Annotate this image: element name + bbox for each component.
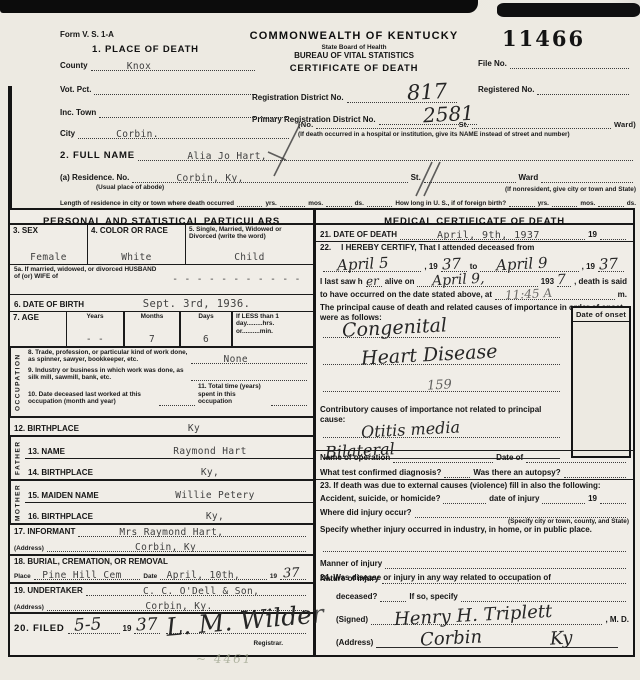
- residence-length-label: Length of residence in city or town wher…: [60, 200, 234, 207]
- dotted-line: [326, 196, 351, 207]
- city-label: City: [60, 129, 75, 139]
- dotted-line: [444, 467, 470, 478]
- full-name-label: 2. FULL NAME: [60, 150, 135, 161]
- contributory-block: Contributory causes of importance not re…: [316, 404, 633, 450]
- signed-label: (Signed): [336, 615, 368, 625]
- last-saw-line: I last saw h er alive on April 9, 193 7 …: [320, 276, 627, 287]
- ruled-line: Corbin Ky: [376, 637, 618, 648]
- attended-from-value: April 5: [336, 254, 388, 275]
- dotted-line: Otitis media: [323, 427, 560, 438]
- form-number: Form V. S. 1-A: [60, 30, 114, 40]
- filed-row: 20. FILED 5-5 19 37 L. M. Wilder: [14, 623, 309, 634]
- filed-label: 20. FILED: [14, 623, 65, 634]
- dotted-line: L. M. Wilder: [166, 623, 306, 634]
- dotted-line: 37: [280, 569, 306, 580]
- dotted-line: [415, 507, 626, 518]
- deceased-label: deceased?: [336, 592, 377, 602]
- mother-side-label: MOTHER: [10, 481, 25, 523]
- scan-artifact-top-band: [0, 0, 478, 13]
- burial-date-value: April, 10th,: [167, 570, 240, 581]
- ds2-label: ds.: [627, 200, 636, 207]
- marital-label: 5. Single, Married, Widowed or Divorced …: [189, 226, 310, 241]
- spouse-row: 5a. If married, widowed, or divorced HUS…: [10, 265, 313, 295]
- dotted-line: 37: [441, 261, 467, 272]
- dotted-line: [280, 196, 305, 207]
- undertaker-row: 19. UNDERTAKER C. C. O'Dell & Son,: [14, 585, 309, 596]
- dotted-line: [367, 196, 392, 207]
- father-name-value: Raymond Hart: [173, 446, 246, 457]
- father-birthplace-label: 14. BIRTHPLACE: [28, 468, 110, 478]
- age-years-cell: Years - -: [66, 312, 124, 346]
- dotted-line: 817: [347, 92, 457, 103]
- dotted-line: April 9: [480, 261, 578, 272]
- ward-label: Ward): [614, 120, 636, 129]
- residence-row: (a) Residence. No. Corbin, Ky, St. Ward: [60, 172, 636, 183]
- birthplace-row: 12. BIRTHPLACE Ky: [10, 418, 313, 437]
- filed-year-value: 37: [135, 614, 158, 635]
- dob-label: 6. DATE OF BIRTH: [14, 300, 84, 310]
- attended-from-year: 37: [441, 255, 461, 274]
- county-row: County Knox: [60, 60, 258, 71]
- external-causes-block: 23. If death was due to external causes …: [316, 480, 633, 572]
- certify-number: 22.: [320, 243, 331, 253]
- physician-address-row: (Address) Corbin Ky: [320, 637, 629, 648]
- file-no-row: File No.: [478, 58, 632, 69]
- cause-line-3: 159: [427, 377, 453, 393]
- burial-year-value: 37: [282, 566, 299, 582]
- dotted-line: None: [191, 353, 307, 364]
- dotted-line: er: [366, 276, 382, 287]
- informant-address-row: (Address) Corbin, Ky: [14, 541, 309, 552]
- full-name-value: Alia Jo Hart,: [187, 151, 267, 162]
- dotted-line: April 9,: [417, 276, 537, 287]
- manner-row: Manner of injury: [320, 558, 629, 569]
- age-days-cell: Days 6: [180, 312, 232, 346]
- dotted-line: [380, 591, 406, 602]
- cause-line-2: Heart Disease: [360, 340, 497, 369]
- pencil-slash-mark: [410, 158, 444, 198]
- spouse-label: 5a. If married, widowed, or divorced HUS…: [14, 266, 164, 281]
- st-label: St.: [459, 120, 469, 129]
- dotted-line: 7: [557, 276, 571, 287]
- date-of-death-row: 21. DATE OF DEATH April, 9th, 1937 19: [316, 225, 633, 242]
- dotted-line: 5-5: [68, 623, 120, 634]
- dotted-line: Knox: [91, 60, 255, 71]
- father-birthplace-value: Ky,: [201, 467, 219, 478]
- foreign-birth-label: How long in U. S., if of foreign birth?: [395, 200, 506, 207]
- physician-address-label: (Address): [336, 638, 373, 648]
- dotted-line: [510, 58, 629, 69]
- burial-place-row: Place Pine Hill Cem Date April, 10th, 19…: [14, 569, 309, 580]
- age-months-label: Months: [128, 313, 176, 320]
- mother-birthplace-value: Ky,: [206, 511, 224, 522]
- last-saw-prefix: I last saw h: [320, 277, 363, 287]
- scanned-death-certificate: Form V. S. 1-A 1. PLACE OF DEATH County …: [0, 0, 640, 680]
- date-of-death-value: April, 9th, 1937: [437, 230, 540, 241]
- birthplace-label: 12. BIRTHPLACE: [14, 424, 79, 434]
- residence-length-row: Length of residence in city or town wher…: [60, 196, 636, 207]
- sex-label: 3. SEX: [13, 226, 84, 236]
- personal-particulars-panel: PERSONAL AND STATISTICAL PARTICULARS 3. …: [8, 208, 315, 657]
- ds-label: ds.: [355, 200, 364, 207]
- cause-line-3-row: 159: [320, 381, 563, 392]
- dotted-line: Pine Hill Cem: [34, 569, 141, 580]
- burial-place-label: Place: [14, 573, 31, 580]
- where-label: Where did injury occur?: [320, 508, 412, 518]
- dotted-line: [237, 196, 262, 207]
- age-years-value: - -: [70, 334, 120, 345]
- contributory-line-1: Otitis media: [360, 417, 460, 441]
- certificate-title: CERTIFICATE OF DEATH: [238, 63, 470, 74]
- age-months-value: 7: [128, 334, 176, 345]
- age-cell: 7. AGE: [10, 312, 66, 346]
- age-days-value: 6: [184, 334, 228, 345]
- medical-certificate-panel: MEDICAL CERTIFICATE OF DEATH 21. DATE OF…: [315, 208, 635, 657]
- cause-line-2-row: Heart Disease: [320, 354, 563, 365]
- father-side-label: FATHER: [10, 437, 25, 479]
- scan-artifact-top-band-right: [497, 3, 640, 17]
- nonresident-note: (If nonresident, give city or town and S…: [420, 186, 636, 193]
- dotted-line: Henry H. Triplett: [371, 614, 602, 625]
- occurred-text: to have occurred on the date stated abov…: [320, 290, 492, 300]
- state-board-subtitle: State Board of Health: [238, 44, 470, 51]
- last-saw-suffix: , death is said: [574, 277, 627, 287]
- trade-label: 8. Trade, profession, or particular kind…: [28, 349, 188, 364]
- pencil-note: ~ 4461: [196, 652, 252, 666]
- industry-label: 9. Industry or business in which work wa…: [28, 367, 188, 382]
- dotted-line: [159, 395, 195, 406]
- residence-value: Corbin, Ky,: [176, 173, 243, 184]
- occurred-line: to have occurred on the date stated abov…: [320, 289, 627, 300]
- last-saw-mid: alive on: [385, 277, 415, 287]
- informant-block: 17. INFORMANT Mrs Raymond Hart, (Address…: [10, 525, 313, 556]
- city-value: Corbin.: [116, 129, 159, 140]
- total-time-label: 11. Total time (years) spent in this occ…: [198, 383, 268, 405]
- age-row: 7. AGE Years - - Months 7 Days 6 If LESS…: [10, 312, 313, 348]
- certify-block: 22. I HEREBY CERTIFY, That I attended de…: [316, 242, 633, 312]
- dotted-line: [393, 452, 493, 463]
- city-row: City Corbin.: [60, 128, 292, 139]
- county-label: County: [60, 61, 88, 71]
- occupation-block: OCCUPATION 8. Trade, profession, or part…: [10, 348, 313, 418]
- personal-title-row: PERSONAL AND STATISTICAL PARTICULARS: [10, 210, 313, 225]
- birthplace-value: Ky: [188, 423, 200, 434]
- burial-block: 18. BURIAL, CREMATION, OR REMOVAL Place …: [10, 556, 313, 584]
- burial-year-printed: 19: [270, 573, 277, 580]
- injury-date-label: date of injury: [489, 494, 539, 504]
- attended-to-value: April 9: [496, 254, 548, 275]
- registered-no-label: Registered No.: [478, 85, 534, 95]
- dotted-line: [542, 493, 585, 504]
- cause-line-1-row: Congenital: [320, 327, 563, 338]
- dotted-line: [316, 118, 455, 129]
- dotted-line: [552, 196, 577, 207]
- registrar-label: Registrar.: [14, 640, 309, 647]
- last-worked-label: 10. Date deceased last worked at this oc…: [28, 391, 156, 406]
- where-row: Where did injury occur?: [320, 507, 629, 518]
- physician-address-city: Corbin: [419, 626, 482, 650]
- dob-row: 6. DATE OF BIRTH Sept. 3rd, 1936.: [10, 295, 313, 312]
- manner-label: Manner of injury: [320, 559, 382, 569]
- county-value: Knox: [127, 61, 151, 72]
- agency-header: COMMONWEALTH OF KENTUCKY State Board of …: [238, 30, 470, 74]
- mos2-label: mos.: [580, 200, 595, 207]
- registration-district-value: 817: [407, 79, 448, 105]
- dotted-line: [472, 118, 611, 129]
- dotted-line: Corbin.: [78, 128, 289, 139]
- filed-year-printed: 19: [123, 624, 132, 634]
- registration-district-label: Registration District No.: [252, 93, 344, 103]
- dotted-line: [541, 172, 633, 183]
- spouse-value: - - - - - - - - - - -: [172, 274, 301, 285]
- comma-19a: , 19: [424, 262, 437, 272]
- mother-name-value: Willie Petery: [175, 490, 255, 501]
- external-label: 23. If death was due to external causes …: [320, 481, 629, 491]
- date-of-death-label: 21. DATE OF DEATH: [320, 230, 397, 240]
- hospital-instruction-note: (If death occurred in a hospital or inst…: [298, 131, 638, 138]
- deceased-row: deceased? If so, specify: [320, 591, 629, 602]
- father-name-label: 13. NAME: [28, 447, 110, 457]
- filed-date-value: 5-5: [73, 614, 101, 635]
- yrs2-label: yrs.: [538, 200, 549, 207]
- registered-no-row: Registered No.: [478, 84, 632, 95]
- physician-address-state: Ky: [550, 627, 574, 649]
- occupation-question-label: 24. Was disease or injury in any way rel…: [320, 573, 629, 583]
- undertaker-label: 19. UNDERTAKER: [14, 586, 83, 596]
- age-months-cell: Months 7: [124, 312, 180, 346]
- dotted-line: 159: [323, 381, 560, 392]
- father-block: FATHER 13. NAME Raymond Hart 14. BIRTHPL…: [10, 437, 313, 481]
- residence-label: (a) Residence. No.: [60, 173, 129, 183]
- residence-ward-label: Ward: [519, 173, 539, 183]
- dotted-line: 37: [134, 623, 160, 634]
- md-label: , M. D.: [605, 615, 629, 625]
- vot-pct-row: Vot. Pct.: [60, 84, 258, 95]
- informant-address-label: (Address): [14, 545, 44, 552]
- dotted-line: [94, 84, 255, 95]
- street-ward-row: (No. St. Ward): [298, 118, 636, 129]
- vot-pct-label: Vot. Pct.: [60, 85, 91, 95]
- marital-cell: 5. Single, Married, Widowed or Divorced …: [186, 225, 313, 264]
- dotted-line: [443, 493, 486, 504]
- handwritten-check-mark: [266, 118, 314, 180]
- burial-place-value: Pine Hill Cem: [42, 570, 122, 581]
- trade-value: None: [223, 354, 247, 365]
- commonwealth-title: COMMONWEALTH OF KENTUCKY: [238, 30, 470, 42]
- marital-value: Child: [189, 252, 310, 263]
- death-time-value: 11:45 A: [504, 286, 552, 302]
- autopsy-label: Was there an autopsy?: [473, 468, 560, 478]
- age-less-label: If LESS than 1 day.........hrs. or......…: [236, 313, 310, 335]
- dotted-line: Corbin, Ky: [47, 541, 306, 552]
- mother-name-row: 15. MAIDEN NAME Willie Petery: [25, 481, 313, 503]
- occupation-question-block: 24. Was disease or injury in any way rel…: [316, 572, 633, 659]
- where-note: (Specify city or town, county, and State…: [320, 518, 629, 525]
- dotted-line: [385, 558, 626, 569]
- age-days-label: Days: [184, 313, 228, 320]
- dotted-line: April, 10th,: [160, 569, 267, 580]
- last-saw-year: 7: [557, 272, 567, 288]
- race-value: White: [91, 252, 182, 263]
- father-name-row: 13. NAME Raymond Hart: [25, 437, 313, 459]
- attended-to-year: 37: [599, 255, 619, 274]
- m-label: m.: [618, 290, 627, 300]
- age-label: 7. AGE: [13, 313, 63, 323]
- if-so-label: If so, specify: [409, 592, 457, 602]
- inc-town-label: Inc. Town: [60, 108, 96, 118]
- dotted-line: [537, 84, 629, 95]
- last-saw-date: April 9,: [432, 271, 485, 290]
- accident-label: Accident, suicide, or homicide?: [320, 494, 440, 504]
- dotted-line: Alia Jo Hart,: [138, 150, 633, 161]
- test-autopsy-row: What test confirmed diagnosis? Was there…: [316, 464, 633, 480]
- dotted-line: C. C. O'Dell & Son,: [86, 585, 306, 596]
- mos-label: mos.: [308, 200, 323, 207]
- dotted-line: Congenital: [323, 327, 560, 338]
- dotted-line: [526, 452, 626, 463]
- occupation-side-label: OCCUPATION: [10, 348, 25, 416]
- filed-block: 20. FILED 5-5 19 37 L. M. Wilder Registr…: [10, 614, 313, 659]
- test-label: What test confirmed diagnosis?: [320, 468, 441, 478]
- last-saw-pronoun: er: [365, 274, 379, 289]
- industry-row: 9. Industry or business in which work wa…: [28, 367, 310, 382]
- medical-title-row: MEDICAL CERTIFICATE OF DEATH: [316, 210, 633, 225]
- certify-line: 22. I HEREBY CERTIFY, That I attended de…: [320, 243, 627, 253]
- last-worked-row: 10. Date deceased last worked at this oc…: [28, 383, 310, 405]
- dotted-line: [323, 541, 626, 552]
- comma-19b: , 19: [582, 262, 595, 272]
- mother-name-label: 15. MAIDEN NAME: [28, 491, 120, 501]
- dotted-line: 37: [598, 261, 624, 272]
- cause-line-1: Congenital: [341, 314, 447, 341]
- age-less-cell: If LESS than 1 day.........hrs. or......…: [232, 312, 313, 346]
- race-label: 4. COLOR OR RACE: [91, 226, 182, 236]
- bureau-subtitle: BUREAU OF VITAL STATISTICS: [238, 51, 470, 61]
- undertaker-address-label: (Address): [14, 604, 44, 611]
- physician-signature: Henry H. Triplett: [394, 601, 553, 630]
- principal-cause-block: Congenital Heart Disease 159: [316, 312, 633, 404]
- yrs-label: yrs.: [265, 200, 276, 207]
- dotted-line: [271, 395, 307, 406]
- registration-district-row: Registration District No. 817: [252, 92, 460, 103]
- dotted-line: April, 9th, 1937: [400, 229, 585, 240]
- certify-text: I HEREBY CERTIFY, That I attended deceas…: [341, 243, 534, 253]
- dotted-line: Heart Disease: [323, 354, 560, 365]
- informant-address-value: Corbin, Ky: [135, 542, 196, 553]
- file-no-label: File No.: [478, 59, 507, 69]
- dob-value: Sept. 3rd, 1936.: [143, 298, 251, 310]
- informant-value: Mrs Raymond Hart,: [119, 527, 223, 538]
- abode-note: (Usual place of abode): [96, 184, 164, 191]
- dotted-line: [600, 229, 626, 240]
- contributory-line-1-row: Otitis media: [320, 427, 563, 438]
- dotted-line: [191, 370, 307, 381]
- full-name-row: 2. FULL NAME Alia Jo Hart,: [60, 150, 636, 161]
- operation-row: Name of operation Date of: [316, 450, 633, 464]
- dotted-line: 11:45 A: [495, 289, 615, 300]
- father-birthplace-row: 14. BIRTHPLACE Ky,: [25, 459, 313, 479]
- mother-birthplace-row: 16. BIRTHPLACE Ky,: [25, 503, 313, 523]
- informant-row: 17. INFORMANT Mrs Raymond Hart,: [14, 526, 309, 537]
- operation-date-label: Date of: [496, 453, 523, 463]
- certificate-stamp-number: 11466: [502, 26, 585, 51]
- operation-label: Name of operation: [320, 453, 390, 463]
- dotted-line: [509, 196, 534, 207]
- dotted-line: [564, 467, 626, 478]
- mother-birthplace-label: 16. BIRTHPLACE: [28, 512, 120, 522]
- injury-19: 19: [588, 494, 597, 504]
- undertaker-value: C. C. O'Dell & Son,: [143, 586, 259, 597]
- trade-row: 8. Trade, profession, or particular kind…: [28, 349, 310, 364]
- dotted-line: April 5: [323, 261, 421, 272]
- signed-row: (Signed) Henry H. Triplett , M. D.: [320, 614, 629, 625]
- race-cell: 4. COLOR OR RACE White: [88, 225, 186, 264]
- informant-label: 17. INFORMANT: [14, 527, 75, 537]
- mother-block: MOTHER 15. MAIDEN NAME Willie Petery 16.…: [10, 481, 313, 525]
- dotted-line: [598, 196, 623, 207]
- place-of-death-title: 1. PLACE OF DEATH: [92, 44, 199, 55]
- sex-value: Female: [13, 252, 84, 263]
- blank-dotted-row: [320, 541, 629, 552]
- burial-date-label: Date: [143, 573, 157, 580]
- sex-race-marital-row: 3. SEX Female 4. COLOR OR RACE White 5. …: [10, 225, 313, 265]
- dotted-line: [600, 493, 626, 504]
- sex-cell: 3. SEX Female: [10, 225, 88, 264]
- accident-row: Accident, suicide, or homicide? date of …: [320, 493, 629, 504]
- date-of-death-printed-19: 19: [588, 230, 597, 240]
- age-years-label: Years: [70, 313, 120, 320]
- form-left-border-bar: [8, 86, 12, 208]
- dotted-line: Mrs Raymond Hart,: [78, 526, 306, 537]
- specify-note: Specify whether injury occurred in indus…: [320, 525, 629, 535]
- burial-label: 18. BURIAL, CREMATION, OR REMOVAL: [14, 557, 309, 567]
